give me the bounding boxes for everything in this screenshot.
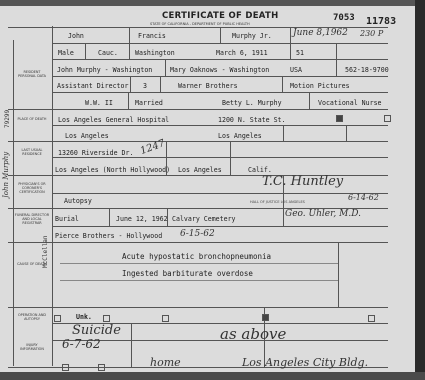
margin-name-note: John Murphy: [2, 152, 10, 198]
cell-divider: [128, 92, 129, 109]
cell-divider: [230, 141, 231, 175]
cemetery: Calvary Cemetery: [172, 215, 236, 223]
inside-city-checkbox: [336, 115, 343, 122]
section-label-funeral: FUNERAL DIRECTOR AND LOCAL REGISTRAR: [14, 213, 50, 225]
section-label-place: PLACE OF DEATH: [14, 117, 50, 121]
margin-file-number: 79299: [4, 110, 11, 128]
residence-city: Los Angeles (North Hollywood): [55, 166, 170, 174]
coroner-signature: T.C. Huntley: [262, 174, 343, 189]
mother-name: Mary Oaknows - Washington: [170, 66, 269, 74]
disposition: Burial: [55, 215, 79, 223]
death-certificate: CERTIFICATE OF DEATH STATE OF CALIFORNIA…: [0, 0, 417, 372]
injury-place-description: as above: [220, 325, 286, 343]
sex: Male: [58, 49, 74, 57]
cell-divider: [283, 208, 284, 226]
cell-divider: [129, 27, 130, 59]
funeral-director: Pierce Brothers - Hollywood: [55, 232, 162, 240]
section-label-operation: OPERATION AND AUTOPSY: [14, 313, 50, 321]
immediate-cause: Acute hypostatic bronchopneumonia: [122, 252, 271, 261]
row-line: [52, 76, 388, 77]
cell-divider: [160, 76, 161, 92]
hour-of-death: 230 P: [360, 29, 383, 38]
scan-top-edge: [0, 0, 417, 6]
cell-divider: [109, 208, 110, 226]
injury-checkbox: [98, 364, 105, 371]
cell-divider: [309, 92, 310, 109]
spouse-name: Betty L. Murphy: [222, 99, 282, 107]
due-to-cause: Ingested barbiturate overdose: [122, 269, 253, 278]
spouse-occupation: Vocational Nurse: [318, 99, 382, 107]
state-number: 11783: [366, 16, 396, 27]
cell-divider: [130, 76, 131, 92]
cause-line: [60, 263, 338, 264]
row-line: [8, 242, 388, 243]
marital-status: Married: [135, 99, 163, 107]
injury-checkbox: [62, 364, 69, 371]
certificate-subtitle: STATE OF CALIFORNIA - DEPARTMENT OF PUBL…: [150, 22, 250, 26]
cell-divider: [220, 27, 221, 43]
operation-checkbox: [103, 315, 110, 322]
citizen-of: USA: [290, 66, 302, 74]
years-in-occupation: 3: [143, 82, 147, 90]
row-line: [8, 141, 388, 142]
scan-right-edge: [415, 0, 425, 380]
registrar-signature: Geo. Uhler, M.D.: [285, 209, 361, 219]
injury-place: home: [150, 356, 181, 369]
row-line: [52, 193, 388, 194]
cell-divider: [165, 59, 166, 76]
injury-type: Suicide: [72, 323, 121, 338]
hospital-name: Los Angeles General Hospital: [58, 116, 169, 124]
cell-divider: [336, 43, 337, 76]
row-line: [8, 307, 388, 308]
residence-county: Los Angeles: [178, 166, 222, 174]
row-line: [52, 157, 388, 158]
section-label-personal: RESIDENT PERSONAL DATA: [14, 70, 50, 78]
cell-divider: [290, 27, 291, 59]
local-number: 7053: [333, 13, 355, 23]
section-label-coroner: PHYSICIAN'S OR CORONER'S CERTIFICATION: [14, 182, 50, 194]
cell-divider: [346, 125, 347, 141]
section-label-injury: INJURY INFORMATION: [14, 343, 50, 351]
war-service: W.W. II: [85, 99, 113, 107]
death-county: Los Angeles: [218, 132, 262, 140]
row-line: [52, 59, 388, 60]
age: 51: [296, 49, 304, 57]
cell-divider: [283, 125, 284, 141]
row-line: [52, 92, 388, 93]
scan-bottom-edge: [0, 372, 425, 380]
operation-checkbox: [54, 315, 61, 322]
occupation: Assistant Director: [57, 82, 128, 90]
birthplace: Washington: [135, 49, 175, 57]
injury-location: Los Angeles City Bldg.: [242, 356, 368, 369]
cell-divider: [338, 242, 339, 307]
death-city: Los Angeles: [65, 132, 109, 140]
first-name: John: [68, 32, 84, 40]
date-of-death: June 8,1962: [293, 28, 348, 38]
last-name: Murphy Jr.: [232, 32, 272, 40]
color-race: Cauc.: [98, 49, 118, 57]
father-name: John Murphy - Washington: [57, 66, 152, 74]
operation-checkbox: [162, 315, 169, 322]
coroner-address: HALL OF JUSTICE LOS ANGELES: [250, 200, 305, 204]
outside-city-checkbox: [384, 115, 391, 122]
employer: Warner Brothers: [178, 82, 238, 90]
residence-state: Calif.: [248, 166, 272, 174]
social-security: 562-18-9700: [345, 66, 389, 74]
certification-method: Autopsy: [64, 197, 92, 205]
certificate-title: CERTIFICATE OF DEATH: [162, 11, 279, 21]
cell-divider: [131, 323, 132, 367]
cause-line: [60, 280, 338, 281]
industry: Motion Pictures: [290, 82, 350, 90]
row-line: [52, 125, 388, 126]
death-street: 1200 N. State St.: [218, 116, 286, 124]
margin-name-note-2: McClellan: [42, 235, 49, 268]
cell-divider: [85, 43, 86, 59]
row-line: [52, 226, 388, 227]
operation-value: Unk.: [76, 313, 92, 321]
autopsy-checkbox: [368, 315, 375, 322]
middle-name: Francis: [138, 32, 166, 40]
row-line: [8, 109, 388, 110]
section-divider: [52, 26, 53, 366]
section-label-residence: LAST USUAL RESIDENCE: [14, 148, 50, 156]
row-line: [52, 43, 388, 44]
cell-divider: [282, 76, 283, 92]
residence-street: 13260 Riverside Dr.: [58, 149, 133, 157]
registrar-date: 6-15-62: [180, 229, 215, 239]
autopsy-yes-checkbox: [262, 314, 269, 321]
coroner-date: 6-14-62: [348, 193, 379, 202]
injury-date: 6-7-62: [62, 337, 101, 351]
disposition-date: June 12, 1962: [116, 215, 168, 223]
date-of-birth: March 6, 1911: [216, 49, 268, 57]
